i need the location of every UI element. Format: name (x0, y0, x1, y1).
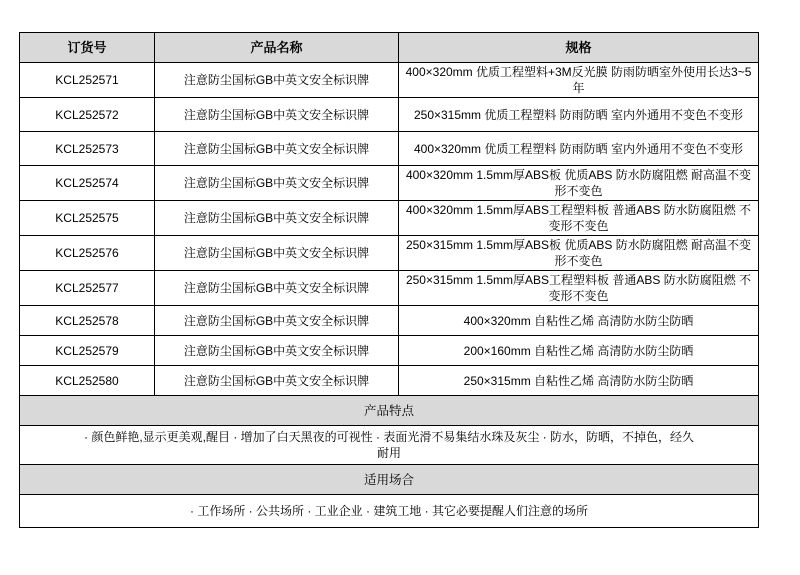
col-header-order-code: 订货号 (20, 33, 155, 63)
product-name-cell: 注意防尘国标GB中英文安全标识牌 (155, 306, 399, 336)
table-row: KCL252576 注意防尘国标GB中英文安全标识牌 250×315mm 1.5… (20, 236, 759, 271)
order-code-cell: KCL252576 (20, 236, 155, 271)
table-row: KCL252577 注意防尘国标GB中英文安全标识牌 250×315mm 1.5… (20, 271, 759, 306)
spec-cell: 250×315mm 1.5mm厚ABS工程塑料板 普通ABS 防水防腐阻燃 不变… (399, 271, 759, 306)
product-spec-table: 订货号 产品名称 规格 KCL252571 注意防尘国标GB中英文安全标识牌 4… (19, 32, 759, 528)
table-row: KCL252573 注意防尘国标GB中英文安全标识牌 400×320mm 优质工… (20, 132, 759, 166)
order-code-cell: KCL252572 (20, 98, 155, 132)
order-code-cell: KCL252575 (20, 201, 155, 236)
spec-cell: 250×315mm 优质工程塑料 防雨防晒 室内外通用不变色不变形 (399, 98, 759, 132)
occasions-text-row: · 工作场所 · 公共场所 · 工业企业 · 建筑工地 · 其它必要提醒人们注意… (20, 495, 759, 528)
spec-cell: 250×315mm 自粘性乙烯 高清防水防尘防晒 (399, 366, 759, 396)
spec-cell: 400×320mm 1.5mm厚ABS工程塑料板 普通ABS 防水防腐阻燃 不变… (399, 201, 759, 236)
table-row: KCL252571 注意防尘国标GB中英文安全标识牌 400×320mm 优质工… (20, 63, 759, 98)
spec-cell: 400×320mm 优质工程塑料+3M反光膜 防雨防晒室外使用长达3~5年 (399, 63, 759, 98)
document-page: 订货号 产品名称 规格 KCL252571 注意防尘国标GB中英文安全标识牌 4… (0, 0, 800, 575)
features-text-line-2: 耐用 (25, 445, 753, 461)
order-code-cell: KCL252578 (20, 306, 155, 336)
order-code-cell: KCL252573 (20, 132, 155, 166)
table-row: KCL252578 注意防尘国标GB中英文安全标识牌 400×320mm 自粘性… (20, 306, 759, 336)
product-name-cell: 注意防尘国标GB中英文安全标识牌 (155, 366, 399, 396)
table-row: KCL252572 注意防尘国标GB中英文安全标识牌 250×315mm 优质工… (20, 98, 759, 132)
section-row-occasions: 适用场合 (20, 465, 759, 495)
product-name-cell: 注意防尘国标GB中英文安全标识牌 (155, 98, 399, 132)
spec-cell: 200×160mm 自粘性乙烯 高清防水防尘防晒 (399, 336, 759, 366)
product-name-cell: 注意防尘国标GB中英文安全标识牌 (155, 63, 399, 98)
product-name-cell: 注意防尘国标GB中英文安全标识牌 (155, 236, 399, 271)
features-text-row: · 颜色鲜艳,显示更美观,醒目 · 增加了白天黑夜的可视性 · 表面光滑不易集结… (20, 426, 759, 465)
spec-cell: 400×320mm 优质工程塑料 防雨防晒 室内外通用不变色不变形 (399, 132, 759, 166)
table-row: KCL252574 注意防尘国标GB中英文安全标识牌 400×320mm 1.5… (20, 166, 759, 201)
order-code-cell: KCL252580 (20, 366, 155, 396)
product-name-cell: 注意防尘国标GB中英文安全标识牌 (155, 132, 399, 166)
spec-cell: 400×320mm 自粘性乙烯 高清防水防尘防晒 (399, 306, 759, 336)
product-name-cell: 注意防尘国标GB中英文安全标识牌 (155, 271, 399, 306)
occasions-text: · 工作场所 · 公共场所 · 工业企业 · 建筑工地 · 其它必要提醒人们注意… (20, 495, 759, 528)
features-text-line-1: · 颜色鲜艳,显示更美观,醒目 · 增加了白天黑夜的可视性 · 表面光滑不易集结… (25, 429, 753, 445)
spec-cell: 400×320mm 1.5mm厚ABS板 优质ABS 防水防腐阻燃 耐高温不变形… (399, 166, 759, 201)
order-code-cell: KCL252571 (20, 63, 155, 98)
order-code-cell: KCL252579 (20, 336, 155, 366)
table-row: KCL252575 注意防尘国标GB中英文安全标识牌 400×320mm 1.5… (20, 201, 759, 236)
product-name-cell: 注意防尘国标GB中英文安全标识牌 (155, 166, 399, 201)
table-row: KCL252580 注意防尘国标GB中英文安全标识牌 250×315mm 自粘性… (20, 366, 759, 396)
section-row-features: 产品特点 (20, 396, 759, 426)
table-header-row: 订货号 产品名称 规格 (20, 33, 759, 63)
col-header-product-name: 产品名称 (155, 33, 399, 63)
product-name-cell: 注意防尘国标GB中英文安全标识牌 (155, 201, 399, 236)
order-code-cell: KCL252574 (20, 166, 155, 201)
features-text: · 颜色鲜艳,显示更美观,醒目 · 增加了白天黑夜的可视性 · 表面光滑不易集结… (20, 426, 759, 465)
table-row: KCL252579 注意防尘国标GB中英文安全标识牌 200×160mm 自粘性… (20, 336, 759, 366)
spec-cell: 250×315mm 1.5mm厚ABS板 优质ABS 防水防腐阻燃 耐高温不变形… (399, 236, 759, 271)
section-title-features: 产品特点 (20, 396, 759, 426)
col-header-spec: 规格 (399, 33, 759, 63)
order-code-cell: KCL252577 (20, 271, 155, 306)
section-title-occasions: 适用场合 (20, 465, 759, 495)
product-name-cell: 注意防尘国标GB中英文安全标识牌 (155, 336, 399, 366)
